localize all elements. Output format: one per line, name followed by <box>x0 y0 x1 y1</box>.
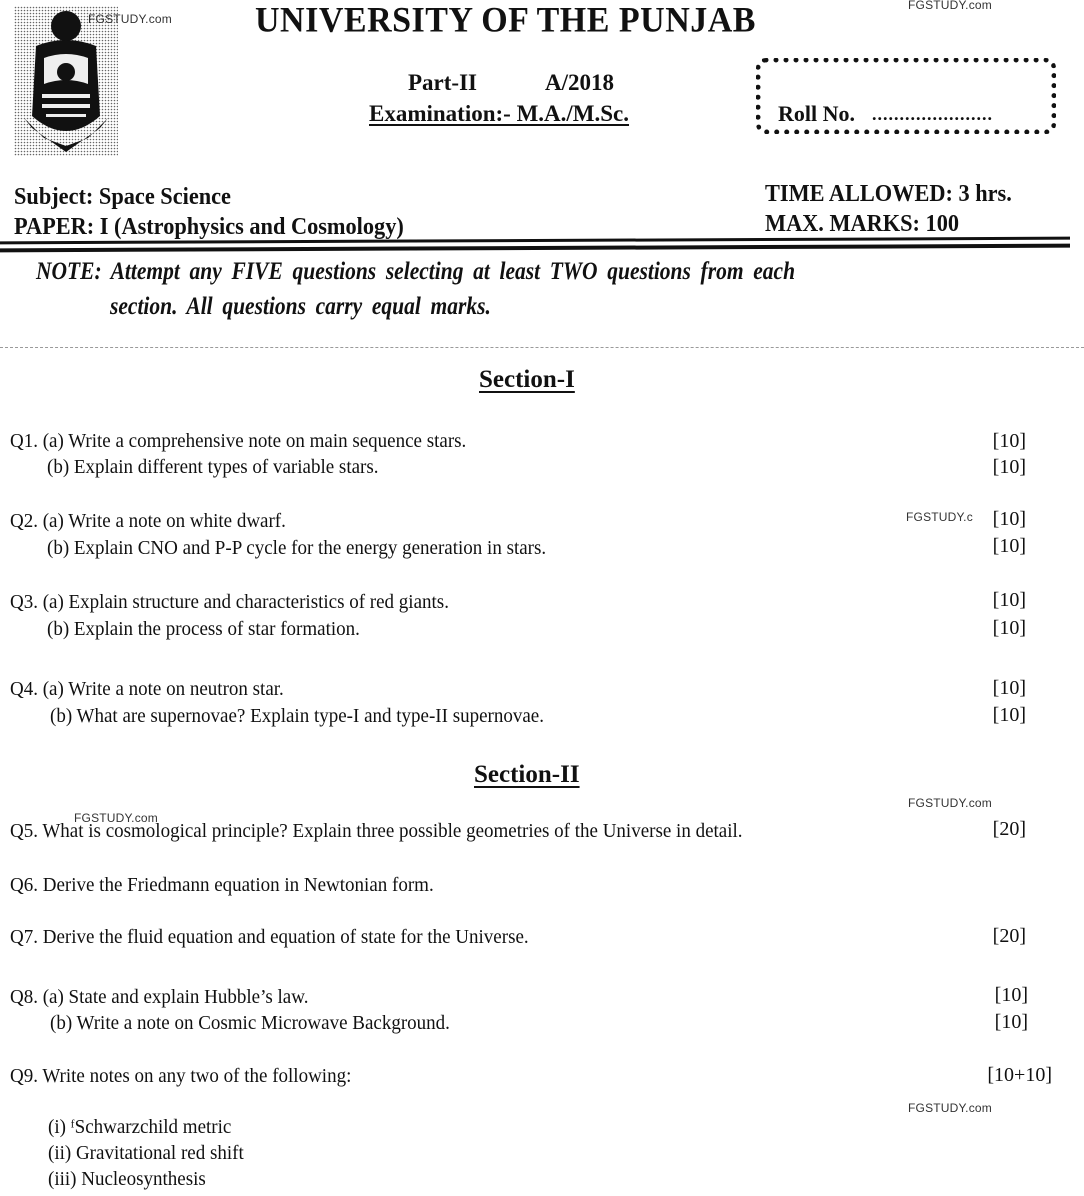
question-marks: [10] <box>993 430 1026 453</box>
university-crest-icon <box>14 6 118 156</box>
sub-item: (ii) Gravitational red shift <box>48 1142 244 1165</box>
question-marks: [10] <box>995 1011 1028 1034</box>
section-heading: Section-I <box>479 366 575 394</box>
question-text: Q3. (a) Explain structure and characteri… <box>10 591 449 614</box>
instructions-note: section. All questions carry equal marks… <box>110 293 491 321</box>
question-text: Q8. (a) State and explain Hubble’s law. <box>10 986 308 1009</box>
part-line: Part-IIA/2018 <box>408 70 614 96</box>
question-text: Q5. What is cosmological principle? Expl… <box>10 820 743 843</box>
sub-item: (i) ᶠSchwarzchild metric <box>48 1116 231 1139</box>
question-text: (b) Explain different types of variable … <box>47 456 379 479</box>
instructions-note: NOTE: Attempt any FIVE questions selecti… <box>36 258 1008 286</box>
watermark: FGSTUDY.c <box>906 510 973 524</box>
paper-label: PAPER: I (Astrophysics and Cosmology) <box>14 214 404 241</box>
part-label: Part-II <box>408 70 477 95</box>
question-marks: [10] <box>995 984 1028 1007</box>
question-text: Q9. Write notes on any two of the follow… <box>10 1065 351 1088</box>
question-text: Q4. (a) Write a note on neutron star. <box>10 678 284 701</box>
question-marks: [20] <box>993 818 1026 841</box>
roll-number-label: Roll No. <box>778 101 855 127</box>
examination-label: Examination:- M.A./M.Sc. <box>369 101 629 127</box>
question-text: Q7. Derive the fluid equation and equati… <box>10 926 529 949</box>
question-marks: [10] <box>993 508 1026 531</box>
question-marks: [20] <box>993 925 1026 948</box>
session-label: A/2018 <box>545 70 614 95</box>
university-title: UNIVERSITY OF THE PUNJAB <box>255 1 756 41</box>
question-marks: [10] <box>993 456 1026 479</box>
question-text: (b) Explain CNO and P-P cycle for the en… <box>47 537 546 560</box>
question-marks: [10] <box>993 535 1026 558</box>
watermark: FGSTUDY.com <box>908 1101 992 1115</box>
watermark: FGSTUDY.com <box>88 12 172 26</box>
header-divider <box>0 244 1070 253</box>
roll-number-field[interactable]: ...................... <box>872 104 993 125</box>
time-allowed: TIME ALLOWED: 3 hrs. <box>765 181 1012 208</box>
question-marks: [10] <box>993 677 1026 700</box>
question-text: Q6. Derive the Friedmann equation in New… <box>10 874 434 897</box>
max-marks: MAX. MARKS: 100 <box>765 211 959 238</box>
section-heading: Section-II <box>474 761 580 789</box>
question-text: (b) What are supernovae? Explain type-I … <box>50 705 544 728</box>
sub-item: (iii) Nucleosynthesis <box>48 1168 206 1191</box>
question-text: Q1. (a) Write a comprehensive note on ma… <box>10 430 466 453</box>
divider <box>0 347 1084 348</box>
question-marks: [10] <box>993 617 1026 640</box>
question-marks: [10] <box>993 589 1026 612</box>
watermark: FGSTUDY.com <box>908 796 992 810</box>
subject-label: Subject: Space Science <box>14 184 231 211</box>
question-marks: [10+10] <box>987 1064 1052 1087</box>
question-text: (b) Explain the process of star formatio… <box>47 618 360 641</box>
watermark: FGSTUDY.com <box>908 0 992 12</box>
question-text: Q2. (a) Write a note on white dwarf. <box>10 510 286 533</box>
question-marks: [10] <box>993 704 1026 727</box>
question-text: (b) Write a note on Cosmic Microwave Bac… <box>50 1012 450 1035</box>
